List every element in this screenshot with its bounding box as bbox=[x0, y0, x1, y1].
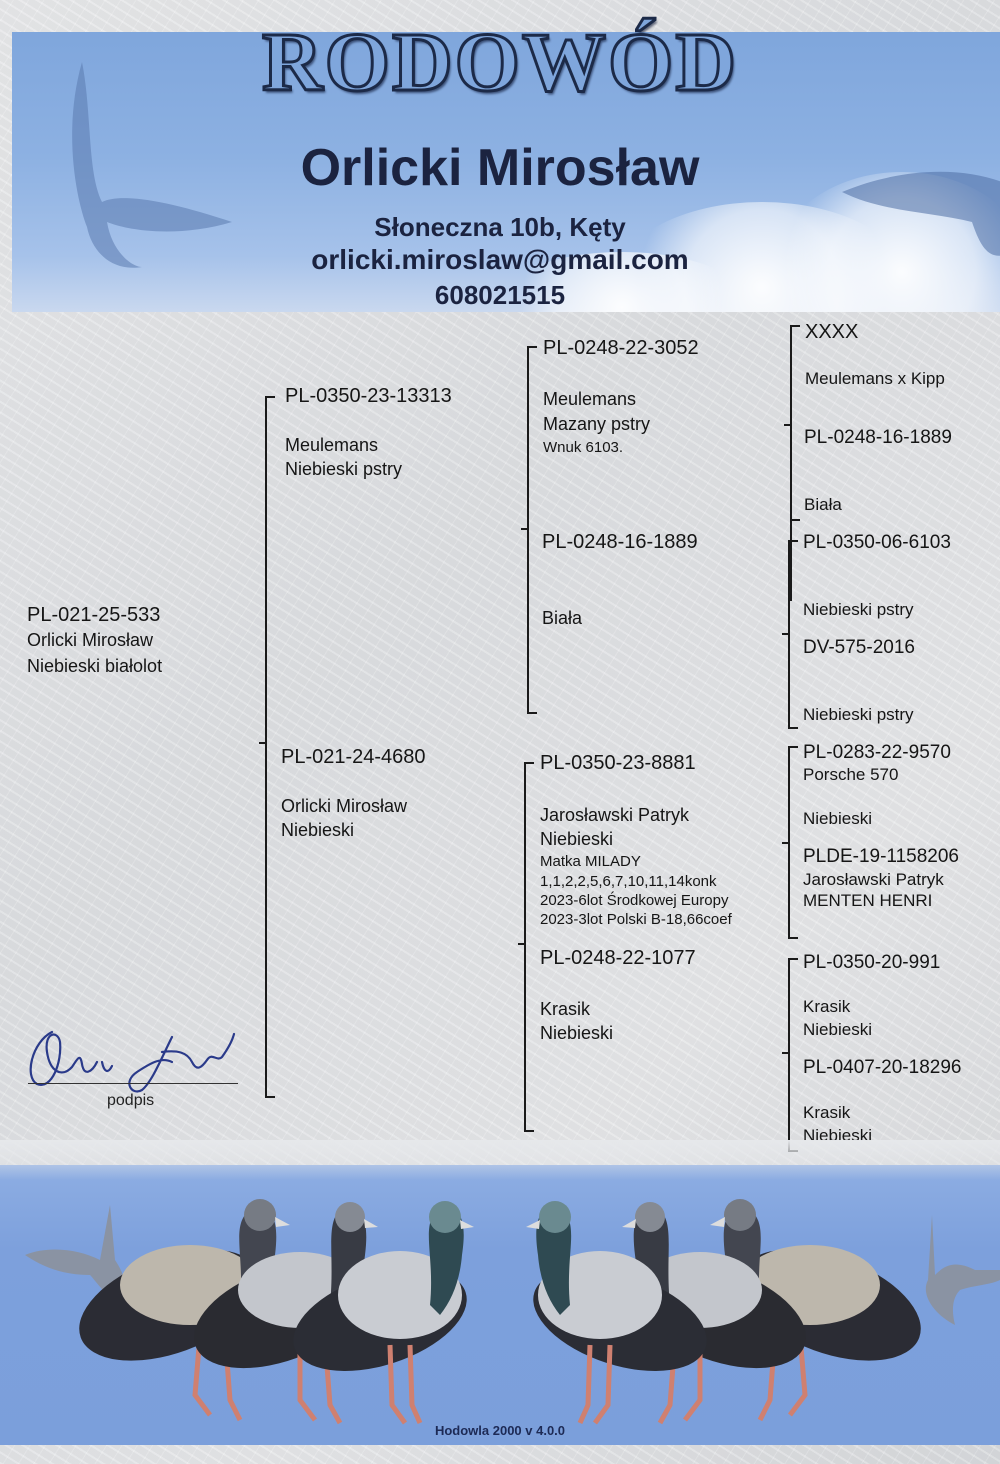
ggp-color: Niebieski pstry bbox=[803, 703, 914, 727]
bracket-tick bbox=[788, 958, 798, 960]
ggp-color: Niebieski bbox=[803, 807, 872, 831]
ggp-line: Krasik bbox=[803, 1101, 850, 1125]
bracket-tick bbox=[790, 325, 800, 327]
owner-address: Słoneczna 10b, Kęty bbox=[0, 212, 1000, 243]
bracket-tick bbox=[782, 633, 790, 635]
owner-phone: 608021515 bbox=[0, 280, 1000, 311]
bracket-tick bbox=[782, 1052, 790, 1054]
ggp-ring: PL-0350-20-991 bbox=[803, 952, 940, 974]
ggp-color: Biała bbox=[804, 493, 842, 517]
signature-line bbox=[28, 1083, 238, 1084]
dam-sire-color: Niebieski bbox=[540, 827, 613, 851]
ggp-ring: PL-0283-22-9570 bbox=[803, 742, 951, 764]
ggp-color: Niebieski bbox=[803, 1018, 872, 1042]
subject-ring: PL-021-25-533 bbox=[27, 604, 160, 627]
dam-color: Niebieski bbox=[281, 818, 354, 842]
ggp-ring: DV-575-2016 bbox=[803, 637, 915, 659]
sire-line: Meulemans bbox=[285, 433, 378, 457]
bracket-tick bbox=[527, 346, 537, 348]
sire-dam-ring: PL-0248-16-1889 bbox=[542, 531, 698, 554]
dam-dam-line: Krasik bbox=[540, 997, 590, 1021]
owner-name: Orlicki Mirosław bbox=[0, 138, 1000, 198]
dam-sire-note: Matka MILADY bbox=[540, 852, 641, 871]
bracket-tick bbox=[265, 1096, 275, 1098]
bracket-gen3-4 bbox=[788, 958, 790, 1150]
signature-scribble-icon bbox=[22, 1022, 242, 1097]
dam-owner: Orlicki Mirosław bbox=[281, 794, 407, 818]
bracket-tick bbox=[518, 943, 526, 945]
subject-color: Niebieski białolot bbox=[27, 654, 162, 678]
dam-dam-ring: PL-0248-22-1077 bbox=[540, 947, 696, 970]
bracket-tick bbox=[527, 712, 537, 714]
sire-sire-note: Wnuk 6103. bbox=[543, 438, 623, 457]
signature-label: podpis bbox=[107, 1092, 154, 1110]
bracket-tick bbox=[265, 396, 275, 398]
owner-email: orlicki.miroslaw@gmail.com bbox=[0, 244, 1000, 276]
dam-sire-note: 2023-6lot Środkowej Europy bbox=[540, 891, 728, 910]
footer-banner bbox=[0, 1165, 1000, 1445]
bracket-gen2-bottom bbox=[524, 762, 526, 1132]
bracket-tick bbox=[524, 1130, 534, 1132]
bracket-tick bbox=[784, 424, 792, 426]
dam-dam-color: Niebieski bbox=[540, 1021, 613, 1045]
ggp-ring: PLDE-19-1158206 bbox=[803, 846, 959, 868]
ggp-line: MENTEN HENRI bbox=[803, 889, 932, 913]
ggp-line: Porsche 570 bbox=[803, 763, 898, 787]
bracket-gen2-top bbox=[527, 346, 529, 714]
software-version: Hodowla 2000 v 4.0.0 bbox=[0, 1423, 1000, 1438]
dam-sire-note: 1,1,2,2,5,6,7,10,11,14konk bbox=[540, 872, 717, 891]
bracket-tick bbox=[782, 842, 790, 844]
sire-color: Niebieski pstry bbox=[285, 457, 402, 481]
bracket-tick bbox=[788, 540, 798, 542]
sire-sire-color: Mazany pstry bbox=[543, 412, 650, 436]
bracket-tick bbox=[259, 742, 267, 744]
sire-ring: PL-0350-23-13313 bbox=[285, 385, 452, 408]
bracket-tick bbox=[790, 519, 800, 521]
ggp-line: Meulemans x Kipp bbox=[805, 367, 945, 391]
document-title: RODOWÓD bbox=[0, 14, 1000, 111]
dam-sire-ring: PL-0350-23-8881 bbox=[540, 752, 696, 775]
dam-sire-note: 2023-3lot Polski B-18,66coef bbox=[540, 910, 732, 929]
ggp-ring: PL-0407-20-18296 bbox=[803, 1057, 961, 1079]
footer-fade bbox=[0, 1140, 1000, 1180]
ggp-ring: PL-0350-06-6103 bbox=[803, 532, 951, 554]
bracket-gen3-1 bbox=[790, 325, 792, 601]
dam-sire-owner: Jarosławski Patryk bbox=[540, 803, 689, 827]
sire-dam-color: Biała bbox=[542, 606, 582, 630]
subject-owner: Orlicki Mirosław bbox=[27, 628, 153, 652]
bracket-tick bbox=[788, 937, 798, 939]
bracket-tick bbox=[788, 746, 798, 748]
pigeons-illustration-icon bbox=[0, 1165, 1000, 1445]
dam-ring: PL-021-24-4680 bbox=[281, 746, 426, 769]
sire-sire-ring: PL-0248-22-3052 bbox=[543, 337, 699, 360]
ggp-color: Niebieski pstry bbox=[803, 598, 914, 622]
ggp-ring: PL-0248-16-1889 bbox=[804, 427, 952, 449]
sire-sire-line: Meulemans bbox=[543, 387, 636, 411]
ggp-line: Krasik bbox=[803, 995, 850, 1019]
ggp-ring: XXXX bbox=[805, 321, 858, 344]
bracket-tick bbox=[521, 528, 529, 530]
bracket-tick bbox=[524, 762, 534, 764]
bracket-gen1 bbox=[265, 396, 267, 1098]
bracket-tick bbox=[788, 727, 798, 729]
